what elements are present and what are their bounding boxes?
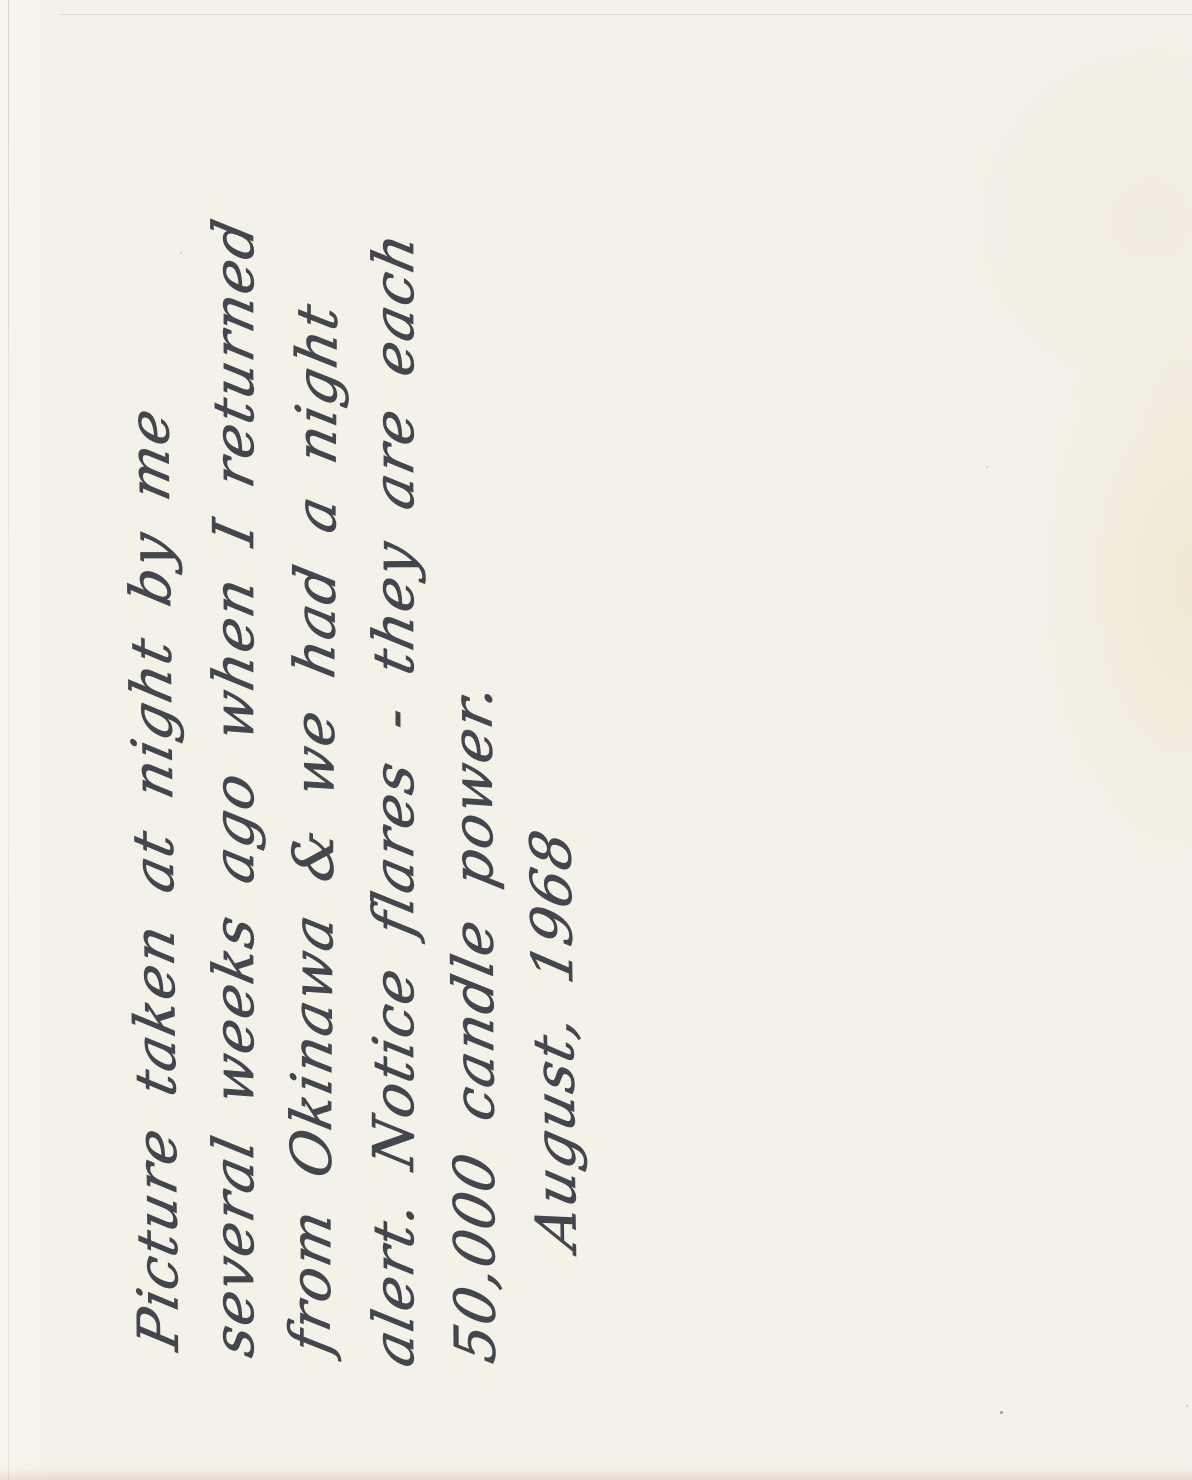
dust-speck — [1186, 1405, 1188, 1407]
paper-bottom-edge-shading — [0, 1468, 1192, 1480]
handwriting-line-1: Picture taken at night by me — [115, 115, 195, 1347]
dust-speck — [1000, 1411, 1003, 1414]
photo-back-paper: Picture taken at night by me several wee… — [0, 0, 1192, 1480]
handwriting-text: from Okinawa & we had a night — [271, 296, 358, 1360]
handwriting-text: August, 1968 — [512, 821, 598, 1257]
date-line: August, 1968 — [515, 115, 595, 1247]
handwriting-line-5: 50,000 candle power. — [435, 115, 515, 1361]
handwriting-line-4: alert. Notice flares - they are each — [355, 115, 435, 1365]
paper-left-edge-line — [8, 0, 9, 1480]
handwriting-line-2: several weeks ago when I returned — [195, 115, 275, 1355]
handwriting-text: 50,000 candle power. — [433, 676, 517, 1370]
handwritten-note: Picture taken at night by me several wee… — [115, 115, 601, 1365]
dust-speck — [986, 466, 988, 468]
handwriting-line-3: from Okinawa & we had a night — [275, 115, 355, 1353]
paper-top-edge-line — [58, 14, 1192, 15]
handwriting-text: alert. Notice flares - they are each — [355, 224, 435, 1373]
handwriting-text: Picture taken at night by me — [110, 400, 200, 1357]
handwriting-text: several weeks ago when I returned — [195, 211, 275, 1363]
